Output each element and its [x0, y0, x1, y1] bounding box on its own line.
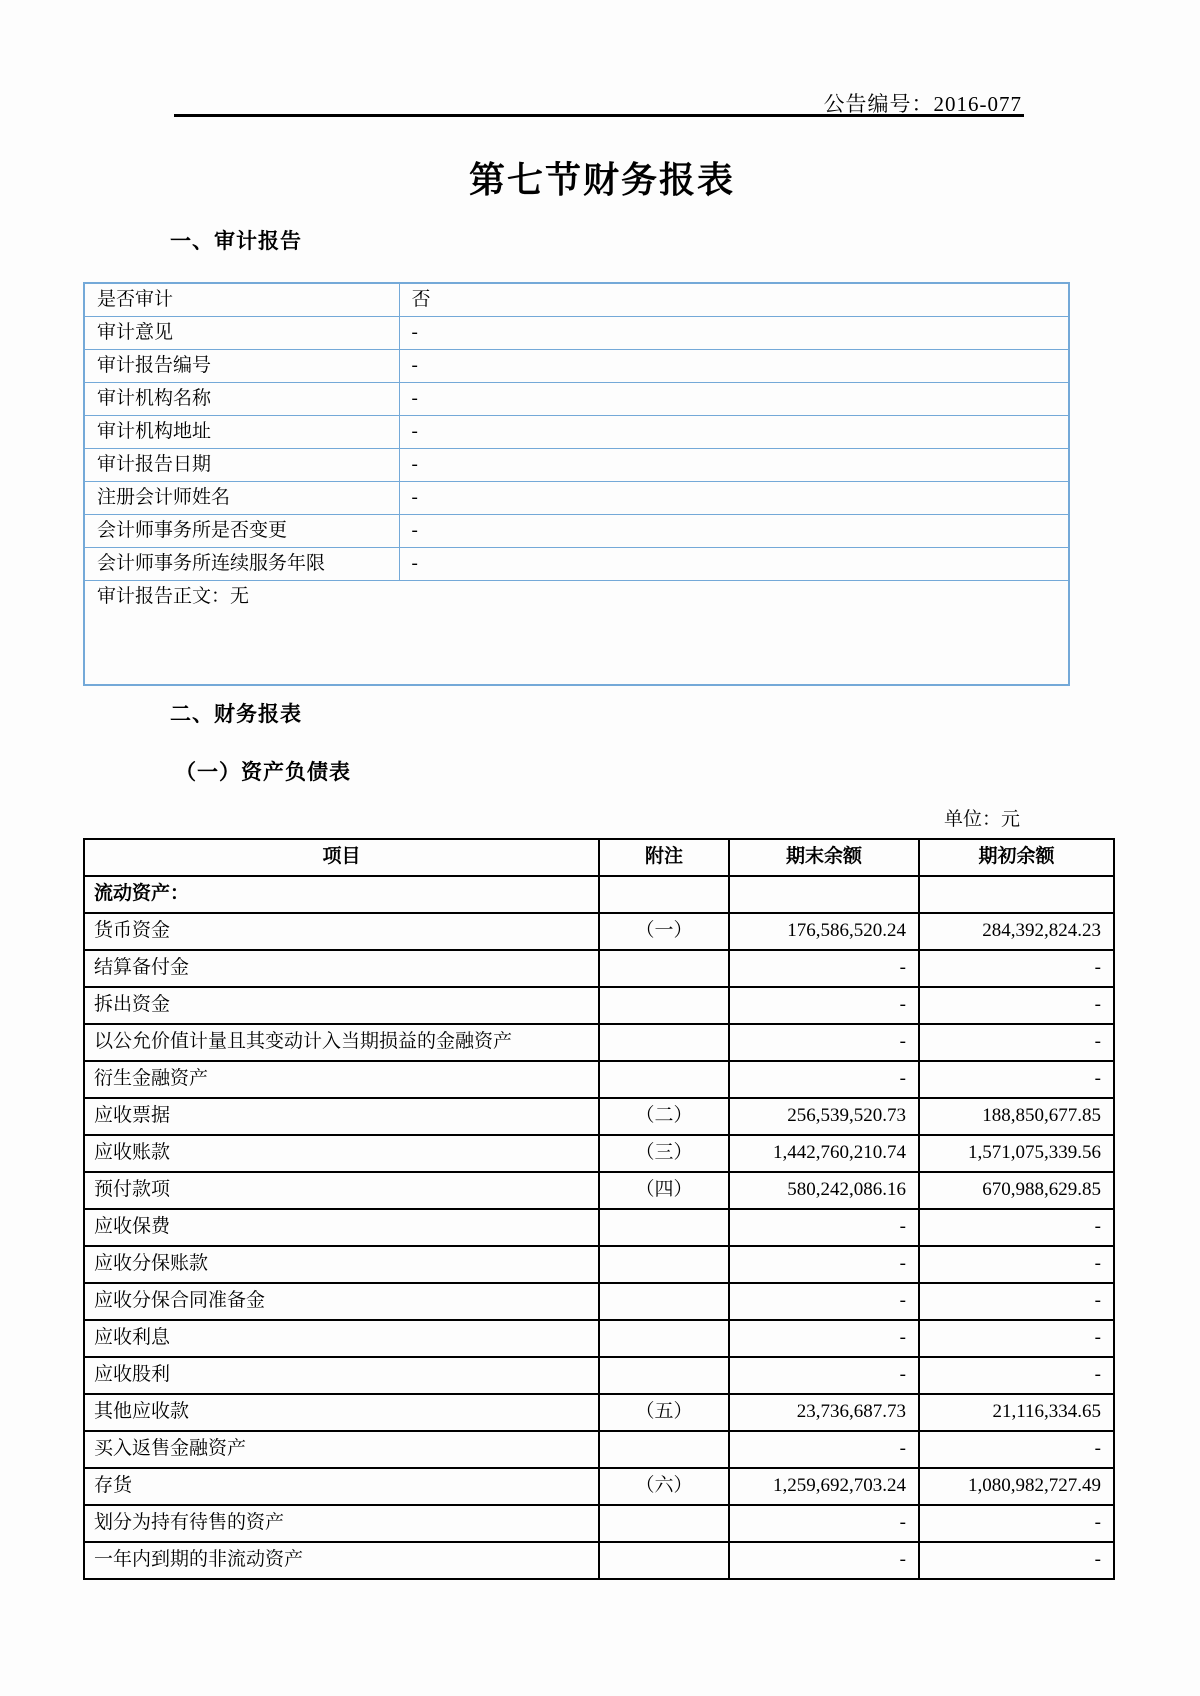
- header-rule: [174, 114, 1024, 117]
- bs-note-cell: （一）: [599, 913, 729, 950]
- bs-row: 应收利息--: [84, 1320, 1114, 1357]
- bs-item-cell: 买入返售金融资产: [84, 1431, 599, 1468]
- audit-row: 审计报告日期-: [84, 449, 1069, 482]
- bs-column-header: 期末余额: [729, 839, 919, 876]
- bs-beginning-balance-cell: -: [919, 1209, 1114, 1246]
- audit-row-value: -: [399, 449, 1069, 482]
- audit-row: 会计师事务所连续服务年限-: [84, 548, 1069, 581]
- bs-ending-balance-cell: -: [729, 1283, 919, 1320]
- bs-beginning-balance-cell: -: [919, 1357, 1114, 1394]
- bs-row: 买入返售金融资产--: [84, 1431, 1114, 1468]
- bs-item-cell: 应收保费: [84, 1209, 599, 1246]
- bs-column-header: 期初余额: [919, 839, 1114, 876]
- bs-item-cell: 结算备付金: [84, 950, 599, 987]
- audit-report-heading: 一、审计报告: [170, 225, 302, 255]
- audit-row-label: 审计报告日期: [84, 449, 399, 482]
- bs-note-cell: [599, 1246, 729, 1283]
- balance-sheet-body: 流动资产：货币资金（一）176,586,520.24284,392,824.23…: [84, 876, 1114, 1579]
- bs-item-cell: 应收利息: [84, 1320, 599, 1357]
- bs-row: 货币资金（一）176,586,520.24284,392,824.23: [84, 913, 1114, 950]
- bs-note-cell: [599, 1320, 729, 1357]
- bs-ending-balance-cell: [729, 876, 919, 913]
- bs-row: 以公允价值计量且其变动计入当期损益的金融资产--: [84, 1024, 1114, 1061]
- bs-note-cell: [599, 1283, 729, 1320]
- bs-row: 应收股利--: [84, 1357, 1114, 1394]
- bs-beginning-balance-cell: 1,571,075,339.56: [919, 1135, 1114, 1172]
- bs-note-cell: （六）: [599, 1468, 729, 1505]
- bs-item-cell: 应收股利: [84, 1357, 599, 1394]
- bs-note-cell: [599, 1357, 729, 1394]
- audit-row-value: -: [399, 383, 1069, 416]
- audit-report-body-row: 审计报告正文：无: [84, 581, 1069, 686]
- audit-row-value: 否: [399, 283, 1069, 317]
- audit-row: 审计意见-: [84, 317, 1069, 350]
- bs-item-cell: 划分为持有待售的资产: [84, 1505, 599, 1542]
- bs-row: 衍生金融资产--: [84, 1061, 1114, 1098]
- bs-row: 预付款项（四）580,242,086.16670,988,629.85: [84, 1172, 1114, 1209]
- bs-ending-balance-cell: -: [729, 1209, 919, 1246]
- bs-item-cell: 应收票据: [84, 1098, 599, 1135]
- audit-row: 注册会计师姓名-: [84, 482, 1069, 515]
- audit-row-value: -: [399, 317, 1069, 350]
- bs-ending-balance-cell: 256,539,520.73: [729, 1098, 919, 1135]
- bs-item-cell: 应收分保合同准备金: [84, 1283, 599, 1320]
- audit-row-value: -: [399, 482, 1069, 515]
- bs-row: 应收票据（二）256,539,520.73188,850,677.85: [84, 1098, 1114, 1135]
- bs-ending-balance-cell: -: [729, 1431, 919, 1468]
- bs-item-cell: 应收分保账款: [84, 1246, 599, 1283]
- bs-beginning-balance-cell: -: [919, 1431, 1114, 1468]
- audit-row: 审计报告编号-: [84, 350, 1069, 383]
- bs-note-cell: （三）: [599, 1135, 729, 1172]
- bs-ending-balance-cell: -: [729, 987, 919, 1024]
- audit-row: 是否审计否: [84, 283, 1069, 317]
- bs-note-cell: （四）: [599, 1172, 729, 1209]
- audit-row-label: 会计师事务所是否变更: [84, 515, 399, 548]
- bs-beginning-balance-cell: 670,988,629.85: [919, 1172, 1114, 1209]
- page-title: 第七节财务报表: [0, 152, 1200, 203]
- bs-row: 一年内到期的非流动资产--: [84, 1542, 1114, 1579]
- bs-row: 应收账款（三）1,442,760,210.741,571,075,339.56: [84, 1135, 1114, 1172]
- audit-row-label: 会计师事务所连续服务年限: [84, 548, 399, 581]
- bs-beginning-balance-cell: -: [919, 950, 1114, 987]
- bs-row: 拆出资金--: [84, 987, 1114, 1024]
- financial-statements-heading: 二、财务报表: [170, 698, 302, 728]
- bs-ending-balance-cell: -: [729, 1246, 919, 1283]
- bs-item-cell: 预付款项: [84, 1172, 599, 1209]
- bs-note-cell: [599, 1024, 729, 1061]
- audit-info-table: 是否审计否审计意见-审计报告编号-审计机构名称-审计机构地址-审计报告日期-注册…: [83, 282, 1070, 686]
- balance-sheet-header-row: 项目附注期末余额期初余额: [84, 839, 1114, 876]
- bs-beginning-balance-cell: -: [919, 1061, 1114, 1098]
- bs-item-cell: 其他应收款: [84, 1394, 599, 1431]
- bs-item-cell: 货币资金: [84, 913, 599, 950]
- bs-ending-balance-cell: -: [729, 1024, 919, 1061]
- bs-note-cell: [599, 987, 729, 1024]
- bs-ending-balance-cell: 176,586,520.24: [729, 913, 919, 950]
- audit-table-body: 是否审计否审计意见-审计报告编号-审计机构名称-审计机构地址-审计报告日期-注册…: [84, 283, 1069, 685]
- bs-beginning-balance-cell: -: [919, 1542, 1114, 1579]
- bs-beginning-balance-cell: 21,116,334.65: [919, 1394, 1114, 1431]
- bs-beginning-balance-cell: -: [919, 1024, 1114, 1061]
- audit-row-label: 审计机构名称: [84, 383, 399, 416]
- bs-ending-balance-cell: 23,736,687.73: [729, 1394, 919, 1431]
- bs-ending-balance-cell: -: [729, 1061, 919, 1098]
- bs-beginning-balance-cell: -: [919, 1505, 1114, 1542]
- audit-row-value: -: [399, 350, 1069, 383]
- audit-row: 审计机构地址-: [84, 416, 1069, 449]
- audit-report-body-text: 审计报告正文：无: [84, 581, 1069, 686]
- bs-note-cell: [599, 950, 729, 987]
- bs-item-cell: 应收账款: [84, 1135, 599, 1172]
- audit-row-value: -: [399, 515, 1069, 548]
- bs-beginning-balance-cell: -: [919, 987, 1114, 1024]
- bs-note-cell: [599, 1061, 729, 1098]
- audit-row-value: -: [399, 416, 1069, 449]
- bs-beginning-balance-cell: [919, 876, 1114, 913]
- bs-item-cell: 衍生金融资产: [84, 1061, 599, 1098]
- bs-row: 流动资产：: [84, 876, 1114, 913]
- bs-note-cell: （五）: [599, 1394, 729, 1431]
- bs-ending-balance-cell: 1,442,760,210.74: [729, 1135, 919, 1172]
- bs-beginning-balance-cell: 188,850,677.85: [919, 1098, 1114, 1135]
- bs-ending-balance-cell: -: [729, 950, 919, 987]
- audit-row-label: 审计机构地址: [84, 416, 399, 449]
- bs-beginning-balance-cell: 284,392,824.23: [919, 913, 1114, 950]
- bs-item-cell: 存货: [84, 1468, 599, 1505]
- bs-row: 其他应收款（五）23,736,687.7321,116,334.65: [84, 1394, 1114, 1431]
- audit-row-label: 注册会计师姓名: [84, 482, 399, 515]
- bs-row: 应收保费--: [84, 1209, 1114, 1246]
- bs-ending-balance-cell: 1,259,692,703.24: [729, 1468, 919, 1505]
- bs-note-cell: （二）: [599, 1098, 729, 1135]
- bs-beginning-balance-cell: -: [919, 1246, 1114, 1283]
- audit-row-label: 是否审计: [84, 283, 399, 317]
- bs-row: 划分为持有待售的资产--: [84, 1505, 1114, 1542]
- bs-beginning-balance-cell: -: [919, 1320, 1114, 1357]
- bs-row: 应收分保账款--: [84, 1246, 1114, 1283]
- audit-row: 审计机构名称-: [84, 383, 1069, 416]
- bs-row: 存货（六）1,259,692,703.241,080,982,727.49: [84, 1468, 1114, 1505]
- audit-row-label: 审计报告编号: [84, 350, 399, 383]
- document-page: 公告编号：2016-077 第七节财务报表 一、审计报告 是否审计否审计意见-审…: [0, 0, 1200, 1696]
- bs-item-cell: 一年内到期的非流动资产: [84, 1542, 599, 1579]
- bs-ending-balance-cell: -: [729, 1357, 919, 1394]
- bs-note-cell: [599, 1542, 729, 1579]
- balance-sheet-table: 项目附注期末余额期初余额 流动资产：货币资金（一）176,586,520.242…: [83, 838, 1115, 1580]
- balance-sheet-heading: （一）资产负债表: [175, 756, 351, 786]
- bs-beginning-balance-cell: 1,080,982,727.49: [919, 1468, 1114, 1505]
- bs-note-cell: [599, 876, 729, 913]
- bs-ending-balance-cell: -: [729, 1542, 919, 1579]
- bs-note-cell: [599, 1209, 729, 1246]
- bs-beginning-balance-cell: -: [919, 1283, 1114, 1320]
- bs-note-cell: [599, 1431, 729, 1468]
- bs-column-header: 项目: [84, 839, 599, 876]
- bs-item-cell: 流动资产：: [84, 876, 599, 913]
- audit-row-value: -: [399, 548, 1069, 581]
- bs-row: 结算备付金--: [84, 950, 1114, 987]
- bs-note-cell: [599, 1505, 729, 1542]
- bs-item-cell: 拆出资金: [84, 987, 599, 1024]
- bs-item-cell: 以公允价值计量且其变动计入当期损益的金融资产: [84, 1024, 599, 1061]
- bs-column-header: 附注: [599, 839, 729, 876]
- bs-ending-balance-cell: -: [729, 1505, 919, 1542]
- audit-row: 会计师事务所是否变更-: [84, 515, 1069, 548]
- bs-row: 应收分保合同准备金--: [84, 1283, 1114, 1320]
- audit-row-label: 审计意见: [84, 317, 399, 350]
- bs-ending-balance-cell: -: [729, 1320, 919, 1357]
- unit-label: 单位：元: [83, 804, 1020, 831]
- bs-ending-balance-cell: 580,242,086.16: [729, 1172, 919, 1209]
